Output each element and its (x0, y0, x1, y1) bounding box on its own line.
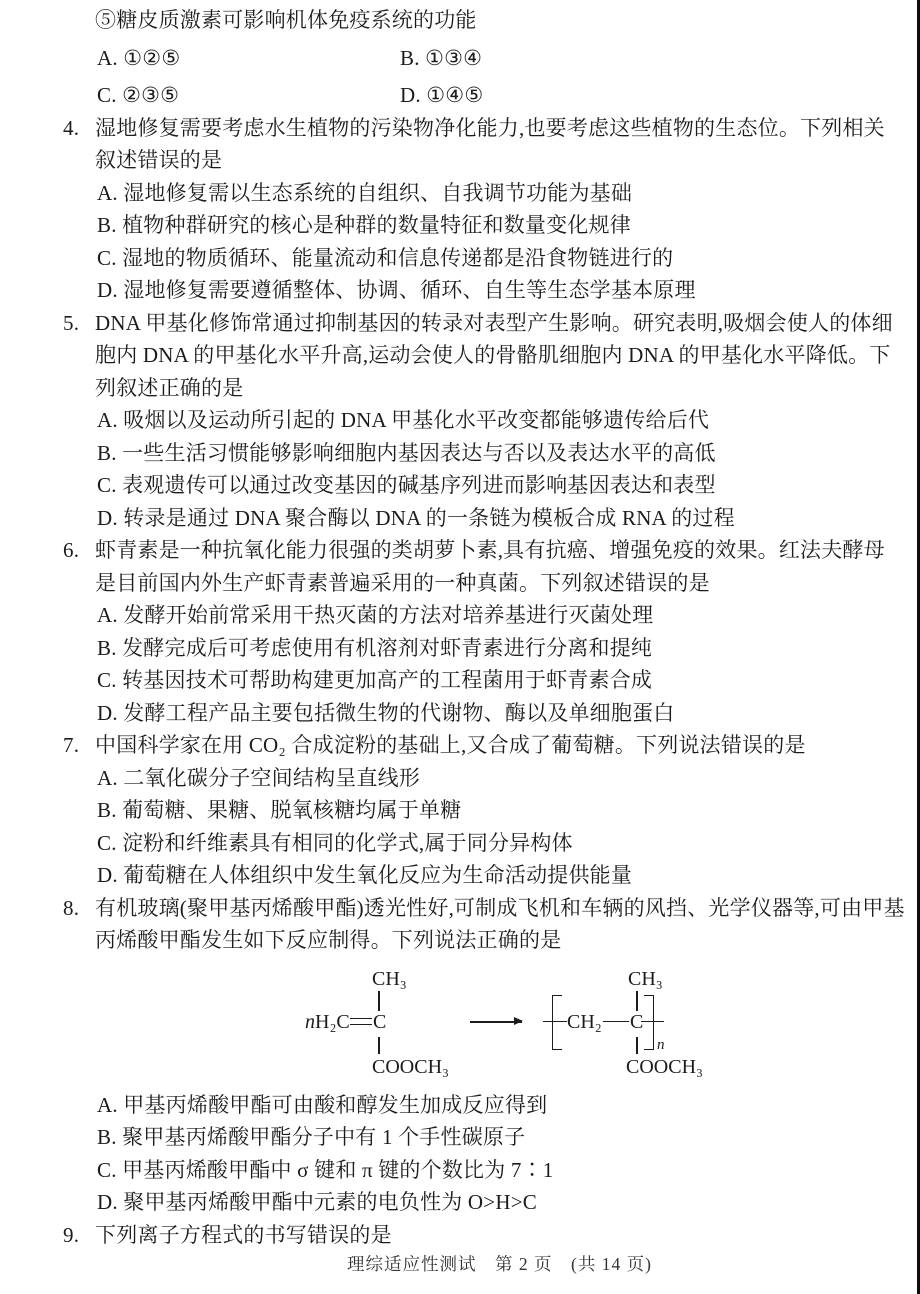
option: D. ①④⑤ (400, 79, 906, 112)
statement-item-5: ⑤糖皮质激素可影响机体免疫系统的功能 (63, 4, 906, 37)
question-3-continuation: ⑤糖皮质激素可影响机体免疫系统的功能 A. ①②⑤ B. ①③④ C. ②③⑤ … (63, 4, 906, 112)
question-4: 4.湿地修复需要考虑水生植物的污染物净化能力,也要考虑这些植物的生态位。下列相关… (63, 112, 906, 307)
polymer-methyl-label: CH₃ (628, 966, 663, 992)
option: A. 吸烟以及运动所引起的 DNA 甲基化水平改变都能够遗传给后代 (97, 404, 906, 437)
option: C. 湿地的物质循环、能量流动和信息传递都是沿食物链进行的 (97, 242, 906, 275)
bond-vertical (378, 991, 380, 1011)
coefficient-n: n (305, 1011, 315, 1033)
monomer-vinyl-label: nH₂C (305, 1009, 350, 1035)
stem-text: 湿地修复需要考虑水生植物的污染物净化能力,也要考虑这些植物的生态位。下列相关叙述… (95, 116, 885, 173)
option: B. 发酵完成后可考虑使用有机溶剂对虾青素进行分离和提纯 (97, 632, 906, 665)
arrow-head (514, 1017, 523, 1025)
question-3-options: A. ①②⑤ B. ①③④ C. ②③⑤ D. ①④⑤ (63, 37, 906, 112)
stem-text: 有机玻璃(聚甲基丙烯酸甲酯)透光性好,可制成飞机和车辆的风挡、光学仪器等,可由甲… (95, 896, 905, 953)
question-number: 7. (63, 729, 95, 762)
question-6: 6.虾青素是一种抗氧化能力很强的类胡萝卜素,具有抗癌、增强免疫的效果。红法夫酵母… (63, 534, 906, 729)
option: B. 葡萄糖、果糖、脱氧核糖均属于单糖 (97, 794, 906, 827)
question-options: A. 二氧化碳分子空间结构呈直线形 B. 葡萄糖、果糖、脱氧核糖均属于单糖 C.… (63, 762, 906, 892)
right-bracket (644, 995, 654, 1050)
option: C. 转基因技术可帮助构建更加高产的工程菌用于虾青素合成 (97, 664, 906, 697)
question-stem: 6.虾青素是一种抗氧化能力很强的类胡萝卜素,具有抗癌、增强免疫的效果。红法夫酵母… (63, 534, 906, 599)
question-stem: 7.中国科学家在用 CO₂ 合成淀粉的基础上,又合成了葡萄糖。下列说法错误的是 (63, 729, 906, 762)
option: A. 湿地修复需以生态系统的自组织、自我调节功能为基础 (97, 177, 906, 210)
option: B. ①③④ (400, 42, 906, 75)
question-number: 4. (63, 112, 95, 145)
question-number: 6. (63, 534, 95, 567)
option: D. 葡萄糖在人体组织中发生氧化反应为生命活动提供能量 (97, 859, 906, 892)
reaction-equation: CH₃ nH₂C C COOCH₃ CH₂ C (63, 957, 906, 1089)
bond-vertical (636, 1037, 638, 1054)
exam-page: ⑤糖皮质激素可影响机体免疫系统的功能 A. ①②⑤ B. ①③④ C. ②③⑤ … (0, 0, 920, 1294)
option: B. 一些生活习惯能够影响细胞内基因表达与否以及表达水平的高低 (97, 437, 906, 470)
monomer-methyl-label: CH₃ (372, 966, 407, 992)
polymer-methylene-label: CH₂ (567, 1009, 602, 1035)
question-stem: 8.有机玻璃(聚甲基丙烯酸甲酯)透光性好,可制成飞机和车辆的风挡、光学仪器等,可… (63, 892, 906, 957)
option: D. 发酵工程产品主要包括微生物的代谢物、酶以及单细胞蛋白 (97, 697, 906, 730)
option: D. 湿地修复需要遵循整体、协调、循环、自生等生态学基本原理 (97, 274, 906, 307)
bond-vertical (378, 1037, 380, 1054)
question-options: A. 甲基丙烯酸甲酯可由酸和醇发生加成反应得到 B. 聚甲基丙烯酸甲酯分子中有 … (63, 1089, 906, 1219)
question-options: A. 湿地修复需以生态系统的自组织、自我调节功能为基础 B. 植物种群研究的核心… (63, 177, 906, 307)
question-options: A. 发酵开始前常采用干热灭菌的方法对培养基进行灭菌处理 B. 发酵完成后可考虑… (63, 599, 906, 729)
question-5: 5.DNA 甲基化修饰常通过抑制基因的转录对表型产生影响。研究表明,吸烟会使人的… (63, 307, 906, 535)
option: A. 二氧化碳分子空间结构呈直线形 (97, 762, 906, 795)
bond-horizontal (603, 1021, 629, 1023)
question-number: 5. (63, 307, 95, 340)
option: C. ②③⑤ (97, 79, 400, 112)
repeat-subscript-n: n (657, 1036, 665, 1054)
question-stem: 4.湿地修复需要考虑水生植物的污染物净化能力,也要考虑这些植物的生态位。下列相关… (63, 112, 906, 177)
option: C. 表观遗传可以通过改变基因的碱基序列进而影响基因表达和表型 (97, 469, 906, 502)
option: C. 淀粉和纤维素具有相同的化学式,属于同分异构体 (97, 827, 906, 860)
question-stem: 5.DNA 甲基化修饰常通过抑制基因的转录对表型产生影响。研究表明,吸烟会使人的… (63, 307, 906, 405)
page-footer: 理综适应性测试 第 2 页 (共 14 页) (63, 1252, 906, 1276)
h2c-label: H₂C (315, 1011, 350, 1033)
question-stem: 9.下列离子方程式的书写错误的是 (63, 1219, 906, 1252)
question-number: 9. (63, 1219, 95, 1252)
question-9: 9.下列离子方程式的书写错误的是 (63, 1219, 906, 1252)
option: A. 甲基丙烯酸甲酯可由酸和醇发生加成反应得到 (97, 1089, 906, 1122)
option: D. 聚甲基丙烯酸甲酯中元素的电负性为 O>H>C (97, 1186, 906, 1219)
bond-vertical (636, 991, 638, 1011)
polymer-ester-label: COOCH₃ (626, 1054, 703, 1080)
option: C. 甲基丙烯酸甲酯中 σ 键和 π 键的个数比为 7∶1 (97, 1154, 906, 1187)
option: D. 转录是通过 DNA 聚合酶以 DNA 的一条链为模板合成 RNA 的过程 (97, 502, 906, 535)
option: A. 发酵开始前常采用干热灭菌的方法对培养基进行灭菌处理 (97, 599, 906, 632)
stem-text: DNA 甲基化修饰常通过抑制基因的转录对表型产生影响。研究表明,吸烟会使人的体细… (95, 311, 893, 400)
monomer-carbon-label: C (373, 1009, 386, 1035)
question-options: A. 吸烟以及运动所引起的 DNA 甲基化水平改变都能够遗传给后代 B. 一些生… (63, 404, 906, 534)
stem-text: 中国科学家在用 CO₂ 合成淀粉的基础上,又合成了葡萄糖。下列说法错误的是 (95, 733, 806, 757)
left-bracket (552, 995, 562, 1050)
option: B. 植物种群研究的核心是种群的数量特征和数量变化规律 (97, 209, 906, 242)
stem-text: 虾青素是一种抗氧化能力很强的类胡萝卜素,具有抗癌、增强免疫的效果。红法夫酵母是目… (95, 538, 885, 595)
page-content: ⑤糖皮质激素可影响机体免疫系统的功能 A. ①②⑤ B. ①③④ C. ②③⑤ … (63, 4, 906, 1276)
option: A. ①②⑤ (97, 42, 400, 75)
reaction-arrow (470, 1015, 522, 1030)
option: B. 聚甲基丙烯酸甲酯分子中有 1 个手性碳原子 (97, 1121, 906, 1154)
question-7: 7.中国科学家在用 CO₂ 合成淀粉的基础上,又合成了葡萄糖。下列说法错误的是 … (63, 729, 906, 892)
double-bond (350, 1018, 372, 1025)
question-8: 8.有机玻璃(聚甲基丙烯酸甲酯)透光性好,可制成飞机和车辆的风挡、光学仪器等,可… (63, 892, 906, 1219)
stem-text: 下列离子方程式的书写错误的是 (95, 1223, 392, 1247)
question-number: 8. (63, 892, 95, 925)
monomer-ester-label: COOCH₃ (372, 1054, 449, 1080)
